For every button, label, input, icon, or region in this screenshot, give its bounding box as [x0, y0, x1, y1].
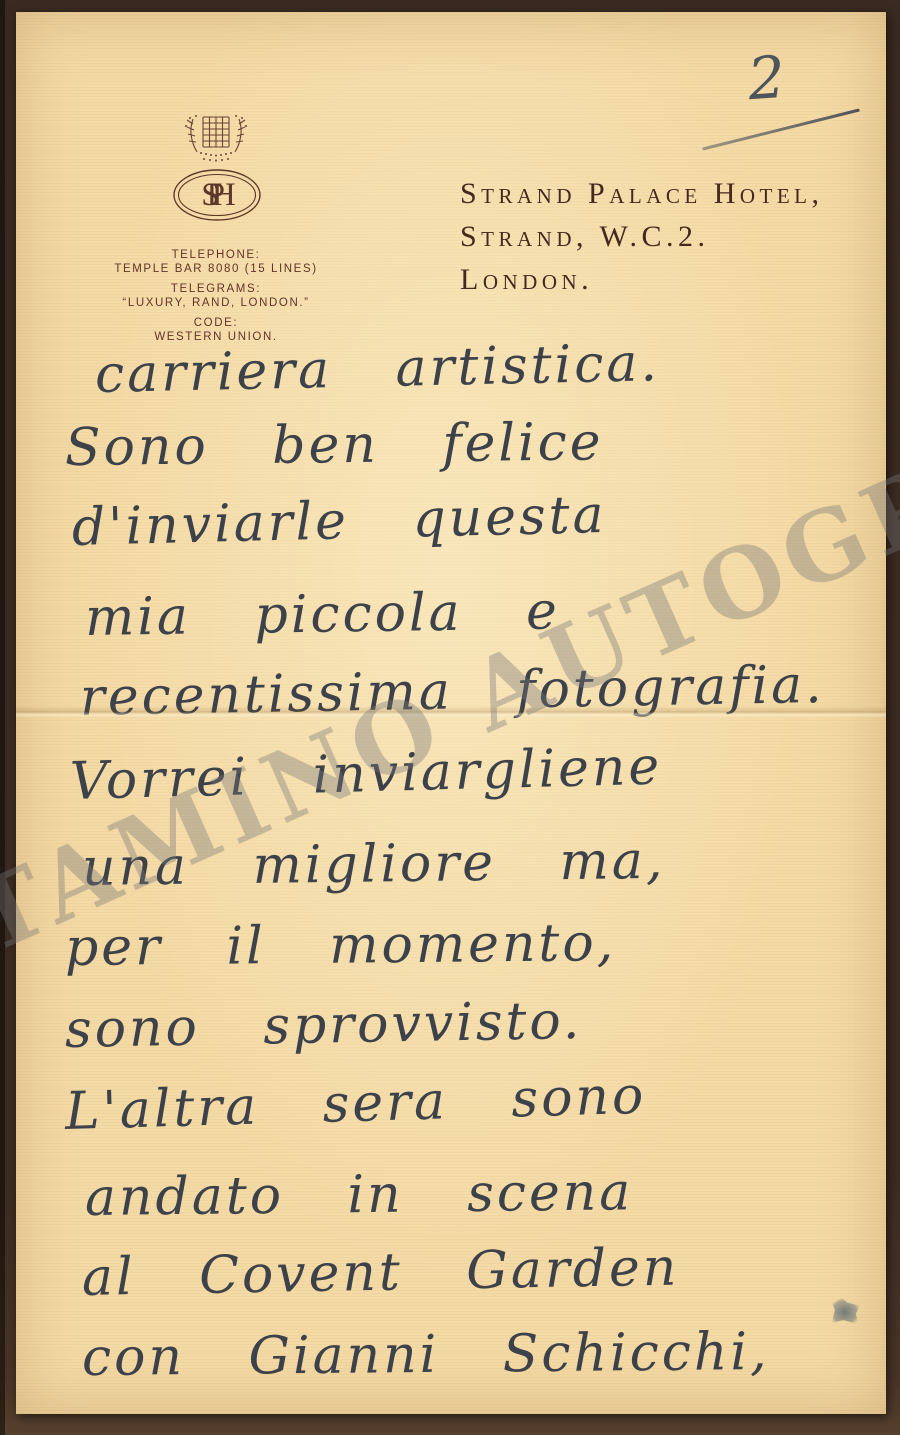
telephone-label: TELEPHONE:	[60, 248, 372, 262]
handwritten-line: Vorrei inviargliene	[69, 737, 663, 812]
ink-blot	[832, 1298, 860, 1324]
page-number: 2	[746, 43, 788, 113]
monogram-letters: SPH	[172, 168, 262, 222]
page-number-underline	[702, 108, 860, 150]
hotel-name: Strand Palace Hotel,	[460, 172, 824, 215]
fold-crease	[16, 706, 886, 718]
hotel-city: London.	[460, 258, 824, 301]
letterhead-contact-block: TELEPHONE: TEMPLE BAR 8080 (15 LINES) TE…	[60, 248, 372, 344]
telephone-value: TEMPLE BAR 8080 (15 LINES)	[60, 262, 372, 276]
telegrams-value: “LUXURY, RAND, LONDON.”	[60, 296, 372, 310]
handwritten-line: al Covent Garden	[81, 1238, 679, 1308]
handwritten-line: andato in scena	[85, 1162, 634, 1228]
handwritten-line: una migliore ma,	[82, 831, 666, 898]
hotel-crest-icon	[170, 114, 262, 170]
handwritten-line: sono sprovvisto.	[64, 991, 582, 1060]
handwritten-line: d'inviarle questa	[71, 485, 607, 558]
code-label: CODE:	[60, 316, 372, 330]
handwritten-line: per il momento,	[65, 913, 617, 978]
hotel-monogram-icon: SPH	[172, 168, 262, 222]
letterhead-address: Strand Palace Hotel, Strand, W.C.2. Lond…	[460, 172, 824, 301]
handwritten-line: Sono ben felice	[65, 412, 604, 478]
handwritten-line: con Gianni Schicchi,	[82, 1322, 770, 1388]
letter-paper: SPH TELEPHONE: TEMPLE BAR 8080 (15 LINES…	[16, 12, 886, 1414]
handwritten-line: L'altra sera sono	[64, 1066, 647, 1142]
scanned-letter-page: { "document_type": "handwritten letter o…	[0, 0, 900, 1435]
handwritten-line: carriera artistica.	[94, 333, 660, 405]
handwritten-line: mia piccola e	[85, 581, 561, 648]
telegrams-label: TELEGRAMS:	[60, 282, 372, 296]
hotel-street: Strand, W.C.2.	[460, 215, 824, 258]
scan-frame-edge	[0, 0, 5, 1435]
